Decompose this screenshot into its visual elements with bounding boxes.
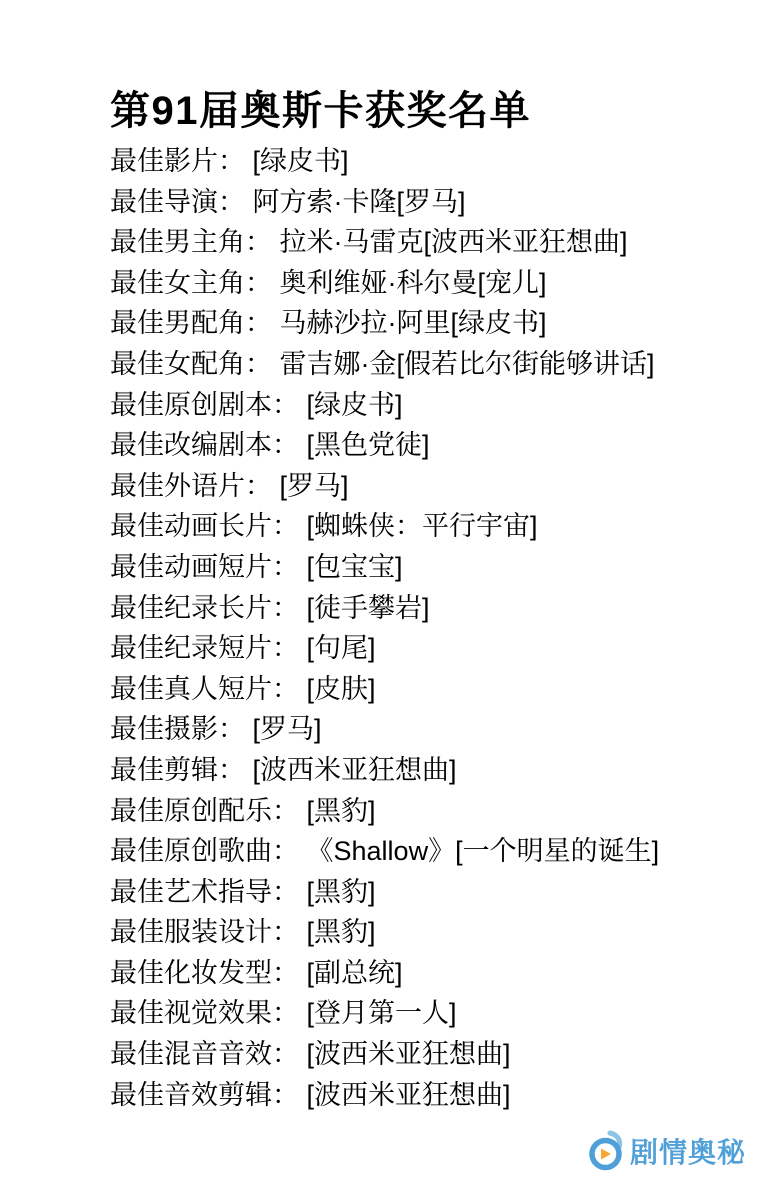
colon-separator: ： xyxy=(272,1080,307,1110)
list-item: 最佳原创歌曲： 《Shallow》[一个明星的诞生] xyxy=(110,831,659,872)
colon-separator: ： xyxy=(245,268,280,298)
list-item: 最佳化妆发型： [副总统] xyxy=(110,953,659,994)
colon-separator: ： xyxy=(272,998,307,1028)
award-winner: [登月第一人] xyxy=(307,998,457,1028)
award-category: 最佳影片 xyxy=(110,146,218,176)
colon-separator: ： xyxy=(245,227,280,257)
list-item: 最佳影片： [绿皮书] xyxy=(110,141,659,182)
colon-separator: ： xyxy=(218,187,253,217)
play-swirl-icon xyxy=(589,1130,625,1172)
award-category: 最佳原创配乐 xyxy=(110,796,272,826)
award-winner: [黑豹] xyxy=(307,796,376,826)
awards-list: 最佳影片： [绿皮书] 最佳导演： 阿方索·卡隆[罗马] 最佳男主角： 拉米·马… xyxy=(110,141,659,1115)
list-item: 最佳女配角： 雷吉娜·金[假若比尔街能够讲话] xyxy=(110,344,659,385)
award-winner: [副总统] xyxy=(307,958,403,988)
award-category: 最佳真人短片 xyxy=(110,674,272,704)
award-winner: 拉米·马雷克[波西米亚狂想曲] xyxy=(280,227,628,257)
award-category: 最佳女配角 xyxy=(110,349,245,379)
award-category: 最佳音效剪辑 xyxy=(110,1080,272,1110)
colon-separator: ： xyxy=(272,674,307,704)
award-category: 最佳纪录短片 xyxy=(110,633,272,663)
award-winner: [皮肤] xyxy=(307,674,376,704)
list-item: 最佳男主角： 拉米·马雷克[波西米亚狂想曲] xyxy=(110,222,659,263)
award-winner: [徒手攀岩] xyxy=(307,593,430,623)
award-winner: [黑豹] xyxy=(307,917,376,947)
award-category: 最佳纪录长片 xyxy=(110,593,272,623)
award-category: 最佳原创歌曲 xyxy=(110,836,272,866)
list-item: 最佳原创剧本： [绿皮书] xyxy=(110,385,659,426)
award-category: 最佳女主角 xyxy=(110,268,245,298)
list-item: 最佳动画短片： [包宝宝] xyxy=(110,547,659,588)
colon-separator: ： xyxy=(245,349,280,379)
list-item: 最佳剪辑： [波西米亚狂想曲] xyxy=(110,750,659,791)
colon-separator: ： xyxy=(218,755,253,785)
award-winner: [绿皮书] xyxy=(307,390,403,420)
list-item: 最佳导演： 阿方索·卡隆[罗马] xyxy=(110,182,659,223)
colon-separator: ： xyxy=(272,877,307,907)
list-item: 最佳动画长片： [蜘蛛侠：平行宇宙] xyxy=(110,506,659,547)
award-winner: [黑色党徒] xyxy=(307,430,430,460)
award-winner: 奥利维娅·科尔曼[宠儿] xyxy=(280,268,547,298)
list-item: 最佳混音音效： [波西米亚狂想曲] xyxy=(110,1034,659,1075)
colon-separator: ： xyxy=(272,552,307,582)
award-category: 最佳化妆发型 xyxy=(110,958,272,988)
award-category: 最佳外语片 xyxy=(110,471,245,501)
award-category: 最佳男主角 xyxy=(110,227,245,257)
colon-separator: ： xyxy=(272,593,307,623)
colon-separator: ： xyxy=(218,146,253,176)
award-category: 最佳动画短片 xyxy=(110,552,272,582)
list-item: 最佳女主角： 奥利维娅·科尔曼[宠儿] xyxy=(110,263,659,304)
list-item: 最佳外语片： [罗马] xyxy=(110,466,659,507)
colon-separator: ： xyxy=(272,430,307,460)
award-winner: 马赫沙拉·阿里[绿皮书] xyxy=(280,308,547,338)
list-item: 最佳纪录长片： [徒手攀岩] xyxy=(110,588,659,629)
award-winner: 阿方索·卡隆[罗马] xyxy=(253,187,466,217)
colon-separator: ： xyxy=(272,511,307,541)
award-winner: [罗马] xyxy=(280,471,349,501)
list-item: 最佳摄影： [罗马] xyxy=(110,709,659,750)
award-winner: [黑豹] xyxy=(307,877,376,907)
colon-separator: ： xyxy=(272,836,307,866)
colon-separator: ： xyxy=(218,714,253,744)
award-category: 最佳动画长片 xyxy=(110,511,272,541)
colon-separator: ： xyxy=(272,958,307,988)
award-category: 最佳男配角 xyxy=(110,308,245,338)
award-winner: [蜘蛛侠：平行宇宙] xyxy=(307,511,538,541)
award-category: 最佳混音音效 xyxy=(110,1039,272,1069)
list-item: 最佳音效剪辑： [波西米亚狂想曲] xyxy=(110,1075,659,1116)
award-winner: 《Shallow》[一个明星的诞生] xyxy=(307,836,660,866)
award-category: 最佳服装设计 xyxy=(110,917,272,947)
colon-separator: ： xyxy=(272,796,307,826)
list-item: 最佳原创配乐： [黑豹] xyxy=(110,791,659,832)
page-title: 第91届奥斯卡获奖名单 xyxy=(110,79,531,136)
award-category: 最佳艺术指导 xyxy=(110,877,272,907)
brand-name: 剧情奥秘 xyxy=(630,1131,746,1171)
award-winner: [绿皮书] xyxy=(253,146,349,176)
award-winner: [句尾] xyxy=(307,633,376,663)
colon-separator: ： xyxy=(272,633,307,663)
colon-separator: ： xyxy=(272,1039,307,1069)
award-winner: [波西米亚狂想曲] xyxy=(307,1080,511,1110)
award-category: 最佳摄影 xyxy=(110,714,218,744)
award-winner: [罗马] xyxy=(253,714,322,744)
list-item: 最佳纪录短片： [句尾] xyxy=(110,628,659,669)
list-item: 最佳艺术指导： [黑豹] xyxy=(110,872,659,913)
award-category: 最佳视觉效果 xyxy=(110,998,272,1028)
award-winner: [包宝宝] xyxy=(307,552,403,582)
colon-separator: ： xyxy=(245,308,280,338)
award-winner: 雷吉娜·金[假若比尔街能够讲话] xyxy=(280,349,655,379)
colon-separator: ： xyxy=(245,471,280,501)
site-watermark: 剧情奥秘 xyxy=(589,1130,746,1172)
list-item: 最佳男配角： 马赫沙拉·阿里[绿皮书] xyxy=(110,303,659,344)
list-item: 最佳改编剧本： [黑色党徒] xyxy=(110,425,659,466)
award-winner: [波西米亚狂想曲] xyxy=(307,1039,511,1069)
award-category: 最佳原创剧本 xyxy=(110,390,272,420)
colon-separator: ： xyxy=(272,917,307,947)
list-item: 最佳真人短片： [皮肤] xyxy=(110,669,659,710)
list-item: 最佳视觉效果： [登月第一人] xyxy=(110,993,659,1034)
award-winner: [波西米亚狂想曲] xyxy=(253,755,457,785)
colon-separator: ： xyxy=(272,390,307,420)
award-category: 最佳改编剧本 xyxy=(110,430,272,460)
list-item: 最佳服装设计： [黑豹] xyxy=(110,912,659,953)
award-category: 最佳剪辑 xyxy=(110,755,218,785)
award-category: 最佳导演 xyxy=(110,187,218,217)
